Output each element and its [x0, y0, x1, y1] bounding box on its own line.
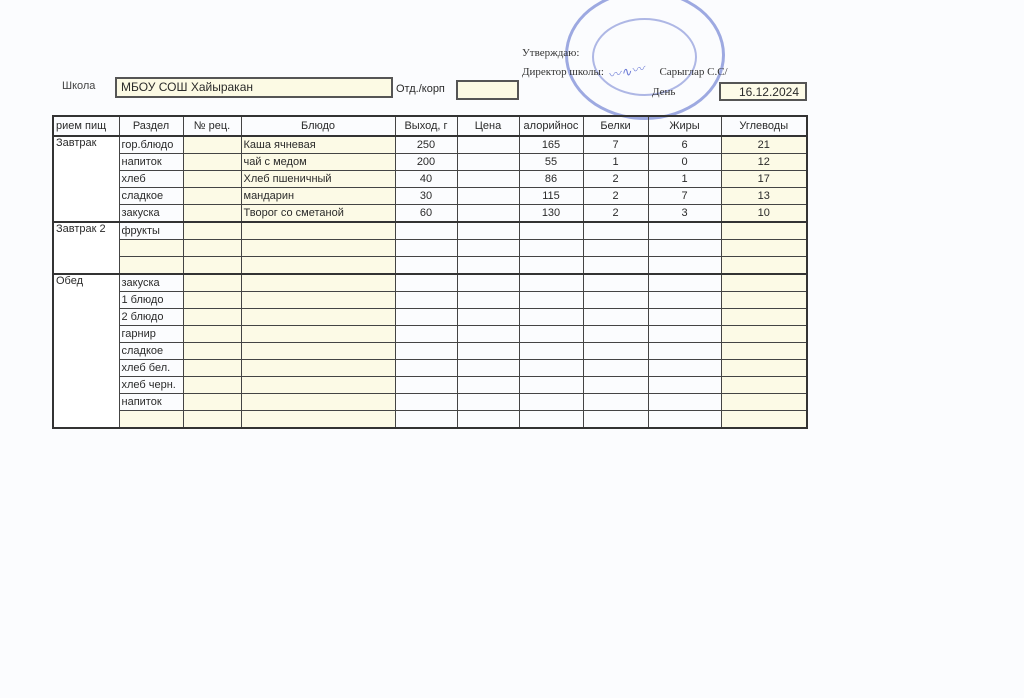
cell-yield[interactable]: [395, 377, 457, 394]
table-row: Завтрак 2фрукты: [53, 222, 807, 240]
cell-recipe[interactable]: [183, 171, 241, 188]
cell-fat[interactable]: [648, 360, 721, 377]
cell-fat[interactable]: [648, 274, 721, 292]
cell-section[interactable]: гарнир: [119, 326, 183, 343]
cell-price[interactable]: [457, 377, 519, 394]
cell-price[interactable]: [457, 411, 519, 429]
cell-section[interactable]: сладкое: [119, 188, 183, 205]
cell-recipe[interactable]: [183, 360, 241, 377]
table-row: Завтракгор.блюдоКаша ячневая2501657621: [53, 136, 807, 154]
cell-price[interactable]: [457, 326, 519, 343]
cell-fat[interactable]: [648, 257, 721, 275]
cell-recipe[interactable]: [183, 411, 241, 429]
cell-dish[interactable]: [241, 326, 395, 343]
cell-recipe[interactable]: [183, 292, 241, 309]
cell-dish[interactable]: мандарин: [241, 188, 395, 205]
column-header: Выход, г: [395, 116, 457, 136]
cell-carbs[interactable]: 12: [721, 154, 807, 171]
table-row: хлебХлеб пшеничный40862117: [53, 171, 807, 188]
cell-yield[interactable]: 200: [395, 154, 457, 171]
table-row: напитокчай с медом200551012: [53, 154, 807, 171]
cell-protein[interactable]: [583, 274, 648, 292]
cell-yield[interactable]: 40: [395, 171, 457, 188]
cell-recipe[interactable]: [183, 154, 241, 171]
cell-fat[interactable]: 6: [648, 136, 721, 154]
cell-dish[interactable]: Каша ячневая: [241, 136, 395, 154]
table-header-row: рием пищРаздел№ рец.БлюдоВыход, гЦенаало…: [53, 116, 807, 136]
cell-protein[interactable]: [583, 309, 648, 326]
cell-protein[interactable]: [583, 411, 648, 429]
cell-carbs[interactable]: [721, 343, 807, 360]
cell-dish[interactable]: Творог со сметаной: [241, 205, 395, 223]
cell-carbs[interactable]: [721, 309, 807, 326]
menu-table: рием пищРаздел№ рец.БлюдоВыход, гЦенаало…: [52, 115, 808, 429]
cell-protein[interactable]: [583, 377, 648, 394]
cell-calories[interactable]: [519, 377, 583, 394]
column-header: рием пищ: [53, 116, 119, 136]
cell-price[interactable]: [457, 292, 519, 309]
table-row: хлеб бел.: [53, 360, 807, 377]
cell-carbs[interactable]: [721, 377, 807, 394]
cell-dish[interactable]: [241, 343, 395, 360]
cell-recipe[interactable]: [183, 222, 241, 240]
cell-fat[interactable]: [648, 326, 721, 343]
cell-carbs[interactable]: [721, 222, 807, 240]
cell-recipe[interactable]: [183, 394, 241, 411]
cell-section[interactable]: 2 блюдо: [119, 309, 183, 326]
cell-price[interactable]: [457, 343, 519, 360]
cell-dish[interactable]: [241, 292, 395, 309]
cell-section[interactable]: гор.блюдо: [119, 136, 183, 154]
cell-carbs[interactable]: [721, 257, 807, 275]
cell-recipe[interactable]: [183, 309, 241, 326]
cell-carbs[interactable]: [721, 394, 807, 411]
cell-fat[interactable]: 3: [648, 205, 721, 223]
cell-protein[interactable]: 1: [583, 154, 648, 171]
cell-calories[interactable]: [519, 411, 583, 429]
cell-yield[interactable]: [395, 394, 457, 411]
table-row: Обедзакуска: [53, 274, 807, 292]
school-label: Школа: [62, 80, 95, 92]
cell-calories[interactable]: [519, 394, 583, 411]
cell-dish[interactable]: Хлеб пшеничный: [241, 171, 395, 188]
cell-section[interactable]: хлеб черн.: [119, 377, 183, 394]
cell-calories[interactable]: [519, 343, 583, 360]
cell-dish[interactable]: [241, 411, 395, 429]
cell-calories[interactable]: [519, 222, 583, 240]
cell-price[interactable]: [457, 309, 519, 326]
cell-price[interactable]: [457, 205, 519, 223]
cell-carbs[interactable]: [721, 240, 807, 257]
director-label: Директор школы:: [522, 66, 604, 78]
table-row: 1 блюдо: [53, 292, 807, 309]
cell-dish[interactable]: [241, 360, 395, 377]
cell-carbs[interactable]: [721, 326, 807, 343]
cell-calories[interactable]: [519, 326, 583, 343]
cell-section[interactable]: [119, 257, 183, 275]
cell-section[interactable]: фрукты: [119, 222, 183, 240]
meal-cell: Завтрак: [53, 136, 119, 222]
cell-yield[interactable]: 60: [395, 205, 457, 223]
column-header: алорийнос: [519, 116, 583, 136]
cell-section[interactable]: [119, 240, 183, 257]
cell-section[interactable]: закуска: [119, 274, 183, 292]
cell-recipe[interactable]: [183, 326, 241, 343]
column-header: Цена: [457, 116, 519, 136]
cell-yield[interactable]: [395, 343, 457, 360]
cell-dish[interactable]: [241, 309, 395, 326]
cell-recipe[interactable]: [183, 257, 241, 275]
cell-section[interactable]: сладкое: [119, 343, 183, 360]
table-row: [53, 257, 807, 275]
cell-calories[interactable]: [519, 292, 583, 309]
table-row: сладкоемандарин301152713: [53, 188, 807, 205]
cell-calories[interactable]: 86: [519, 171, 583, 188]
cell-protein[interactable]: [583, 222, 648, 240]
cell-carbs[interactable]: 21: [721, 136, 807, 154]
cell-protein[interactable]: [583, 360, 648, 377]
cell-yield[interactable]: 250: [395, 136, 457, 154]
date-field[interactable]: 16.12.2024: [719, 82, 807, 101]
cell-recipe[interactable]: [183, 274, 241, 292]
cell-dish[interactable]: [241, 257, 395, 275]
cell-protein[interactable]: [583, 257, 648, 275]
cell-dish[interactable]: чай с медом: [241, 154, 395, 171]
table-body: Завтракгор.блюдоКаша ячневая2501657621на…: [53, 136, 807, 428]
cell-recipe[interactable]: [183, 343, 241, 360]
cell-carbs[interactable]: [721, 360, 807, 377]
cell-price[interactable]: [457, 154, 519, 171]
cell-dish[interactable]: [241, 377, 395, 394]
column-header: № рец.: [183, 116, 241, 136]
cell-fat[interactable]: [648, 222, 721, 240]
cell-calories[interactable]: 115: [519, 188, 583, 205]
cell-price[interactable]: [457, 360, 519, 377]
cell-calories[interactable]: [519, 240, 583, 257]
cell-calories[interactable]: [519, 360, 583, 377]
cell-calories[interactable]: 130: [519, 205, 583, 223]
cell-yield[interactable]: [395, 240, 457, 257]
cell-fat[interactable]: [648, 292, 721, 309]
table-row: закускаТворог со сметаной601302310: [53, 205, 807, 223]
cell-fat[interactable]: 7: [648, 188, 721, 205]
meal-cell: Завтрак 2: [53, 222, 119, 274]
cell-protein[interactable]: 2: [583, 205, 648, 223]
cell-protein[interactable]: [583, 240, 648, 257]
cell-price[interactable]: [457, 394, 519, 411]
cell-recipe[interactable]: [183, 240, 241, 257]
cell-section[interactable]: хлеб: [119, 171, 183, 188]
cell-section[interactable]: закуска: [119, 205, 183, 223]
approve-label: Утверждаю:: [522, 47, 579, 59]
cell-carbs[interactable]: [721, 292, 807, 309]
cell-yield[interactable]: [395, 292, 457, 309]
cell-yield[interactable]: [395, 360, 457, 377]
meal-cell: Обед: [53, 274, 119, 428]
cell-protein[interactable]: [583, 292, 648, 309]
dept-label: Отд./корп: [396, 83, 445, 95]
cell-dish[interactable]: [241, 222, 395, 240]
column-header: Блюдо: [241, 116, 395, 136]
dept-field[interactable]: [456, 80, 519, 100]
cell-recipe[interactable]: [183, 188, 241, 205]
day-label: День: [652, 86, 675, 98]
table-row: хлеб черн.: [53, 377, 807, 394]
cell-dish[interactable]: [241, 394, 395, 411]
cell-calories[interactable]: 165: [519, 136, 583, 154]
cell-fat[interactable]: 0: [648, 154, 721, 171]
cell-yield[interactable]: [395, 411, 457, 429]
cell-yield[interactable]: 30: [395, 188, 457, 205]
cell-dish[interactable]: [241, 240, 395, 257]
cell-recipe[interactable]: [183, 136, 241, 154]
cell-recipe[interactable]: [183, 205, 241, 223]
cell-protein[interactable]: [583, 394, 648, 411]
cell-carbs[interactable]: 10: [721, 205, 807, 223]
cell-calories[interactable]: [519, 257, 583, 275]
cell-yield[interactable]: [395, 274, 457, 292]
column-header: Жиры: [648, 116, 721, 136]
cell-carbs[interactable]: 17: [721, 171, 807, 188]
cell-protein[interactable]: 2: [583, 188, 648, 205]
table-row: напиток: [53, 394, 807, 411]
cell-yield[interactable]: [395, 309, 457, 326]
school-field[interactable]: МБОУ СОШ Хайыракан: [115, 77, 393, 98]
column-header: Раздел: [119, 116, 183, 136]
cell-fat[interactable]: [648, 377, 721, 394]
cell-fat[interactable]: 1: [648, 171, 721, 188]
cell-recipe[interactable]: [183, 377, 241, 394]
cell-yield[interactable]: [395, 326, 457, 343]
cell-section[interactable]: напиток: [119, 154, 183, 171]
cell-carbs[interactable]: [721, 274, 807, 292]
cell-fat[interactable]: [648, 394, 721, 411]
table-row: гарнир: [53, 326, 807, 343]
cell-protein[interactable]: 7: [583, 136, 648, 154]
cell-protein[interactable]: [583, 326, 648, 343]
cell-yield[interactable]: [395, 257, 457, 275]
cell-protein[interactable]: [583, 343, 648, 360]
cell-fat[interactable]: [648, 343, 721, 360]
cell-calories[interactable]: 55: [519, 154, 583, 171]
cell-carbs[interactable]: 13: [721, 188, 807, 205]
cell-fat[interactable]: [648, 309, 721, 326]
column-header: Белки: [583, 116, 648, 136]
cell-price[interactable]: [457, 188, 519, 205]
cell-yield[interactable]: [395, 222, 457, 240]
cell-calories[interactable]: [519, 274, 583, 292]
table-row: 2 блюдо: [53, 309, 807, 326]
column-header: Углеводы: [721, 116, 807, 136]
cell-price[interactable]: [457, 171, 519, 188]
table-row: [53, 411, 807, 429]
cell-price[interactable]: [457, 240, 519, 257]
cell-fat[interactable]: [648, 411, 721, 429]
cell-fat[interactable]: [648, 240, 721, 257]
table-row: сладкое: [53, 343, 807, 360]
cell-dish[interactable]: [241, 274, 395, 292]
cell-carbs[interactable]: [721, 411, 807, 429]
cell-protein[interactable]: 2: [583, 171, 648, 188]
table-row: [53, 240, 807, 257]
cell-calories[interactable]: [519, 309, 583, 326]
cell-price[interactable]: [457, 274, 519, 292]
cell-price[interactable]: [457, 257, 519, 275]
cell-section[interactable]: [119, 411, 183, 429]
cell-section[interactable]: напиток: [119, 394, 183, 411]
cell-price[interactable]: [457, 136, 519, 154]
cell-price[interactable]: [457, 222, 519, 240]
cell-section[interactable]: 1 блюдо: [119, 292, 183, 309]
cell-section[interactable]: хлеб бел.: [119, 360, 183, 377]
